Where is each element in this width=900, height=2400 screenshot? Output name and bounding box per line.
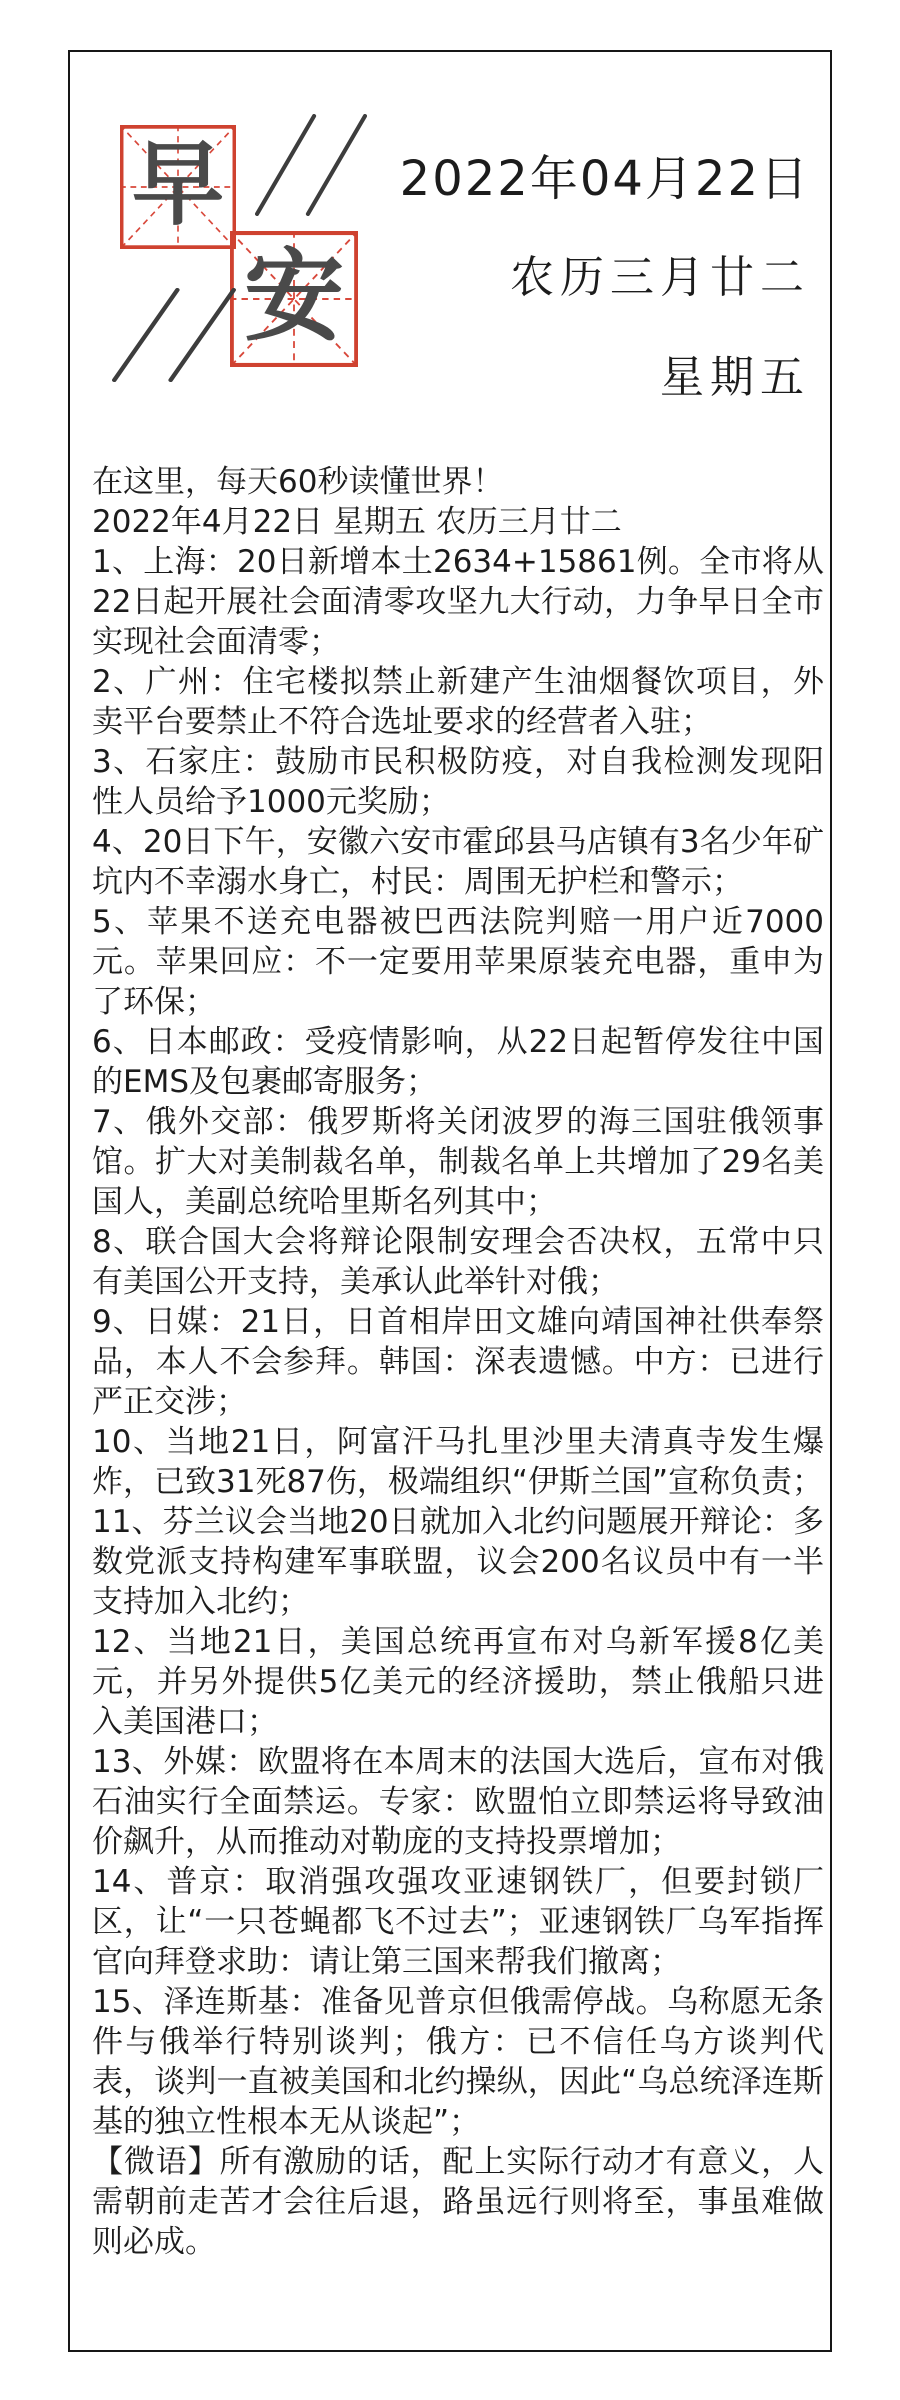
- double-slash-icon: [112, 288, 236, 382]
- date-heading: 2022年4月22日 星期五 农历三月廿二: [92, 502, 824, 542]
- intro-line: 在这里，每天60秒读懂世界！: [92, 462, 824, 502]
- an-character: 安: [244, 247, 344, 347]
- gregorian-date: 2022年04月22日: [400, 140, 810, 209]
- weekday: 星期五: [400, 341, 810, 405]
- news-item: 12、当地21日，美国总统再宣布对乌新军援8亿美元，并另外提供5亿美元的经济援助…: [92, 1622, 824, 1742]
- news-item: 11、芬兰议会当地20日就加入北约问题展开辩论：多数党派支持构建军事联盟，议会2…: [92, 1502, 824, 1622]
- logo-box-an: 安: [230, 231, 358, 367]
- lunar-date: 农历三月廿二: [400, 241, 810, 305]
- news-item: 14、普京：取消强攻强攻亚速钢铁厂，但要封锁厂区，让“一只苍蝇都飞不过去”；亚速…: [92, 1862, 824, 1982]
- news-item: 13、外媒：欧盟将在本周末的法国大选后，宣布对俄石油实行全面禁运。专家：欧盟怕立…: [92, 1742, 824, 1862]
- news-item: 9、日媒：21日，日首相岸田文雄向靖国神社供奉祭品，本人不会参拜。韩国：深表遗憾…: [92, 1302, 824, 1422]
- page-frame: 早 安 2022年04月22日 农历三月廿二 星期五 在: [68, 50, 832, 2352]
- news-item: 8、联合国大会将辩论限制安理会否决权，五常中只有美国公开支持，美承认此举针对俄；: [92, 1222, 824, 1302]
- news-item: 5、苹果不送充电器被巴西法院判赔一用户近7000元。苹果回应：不一定要用苹果原装…: [92, 902, 824, 1022]
- news-item: 15、泽连斯基：准备见普京但俄需停战。乌称愿无条件与俄举行特别谈判；俄方：已不信…: [92, 1982, 824, 2142]
- news-item: 1、上海：20日新增本土2634+15861例。全市将从22日起开展社会面清零攻…: [92, 542, 824, 662]
- news-item: 7、俄外交部：俄罗斯将关闭波罗的海三国驻俄领事馆。扩大对美制裁名单，制裁名单上共…: [92, 1102, 824, 1222]
- news-body: 在这里，每天60秒读懂世界！ 2022年4月22日 星期五 农历三月廿二 1、上…: [92, 462, 824, 2262]
- logo-box-zao: 早: [120, 125, 236, 249]
- weiyu-note: 【微语】所有激励的话，配上实际行动才有意义，人需朝前走苦才会往后退，路虽远行则将…: [92, 2142, 824, 2262]
- double-slash-icon: [255, 114, 367, 216]
- news-item: 2、广州：住宅楼拟禁止新建产生油烟餐饮项目，外卖平台要禁止不符合选址要求的经营者…: [92, 662, 824, 742]
- news-item: 3、石家庄：鼓励市民积极防疫，对自我检测发现阳性人员给予1000元奖励；: [92, 742, 824, 822]
- date-block: 2022年04月22日 农历三月廿二 星期五: [400, 140, 810, 405]
- news-item: 6、日本邮政：受疫情影响，从22日起暂停发往中国的EMS及包裹邮寄服务；: [92, 1022, 824, 1102]
- zao-character: 早: [132, 139, 224, 231]
- news-item: 10、当地21日，阿富汗马扎里沙里夫清真寺发生爆炸，已致31死87伤，极端组织“…: [92, 1422, 824, 1502]
- news-item: 4、20日下午，安徽六安市霍邱县马店镇有3名少年矿坑内不幸溺水身亡，村民：周围无…: [92, 822, 824, 902]
